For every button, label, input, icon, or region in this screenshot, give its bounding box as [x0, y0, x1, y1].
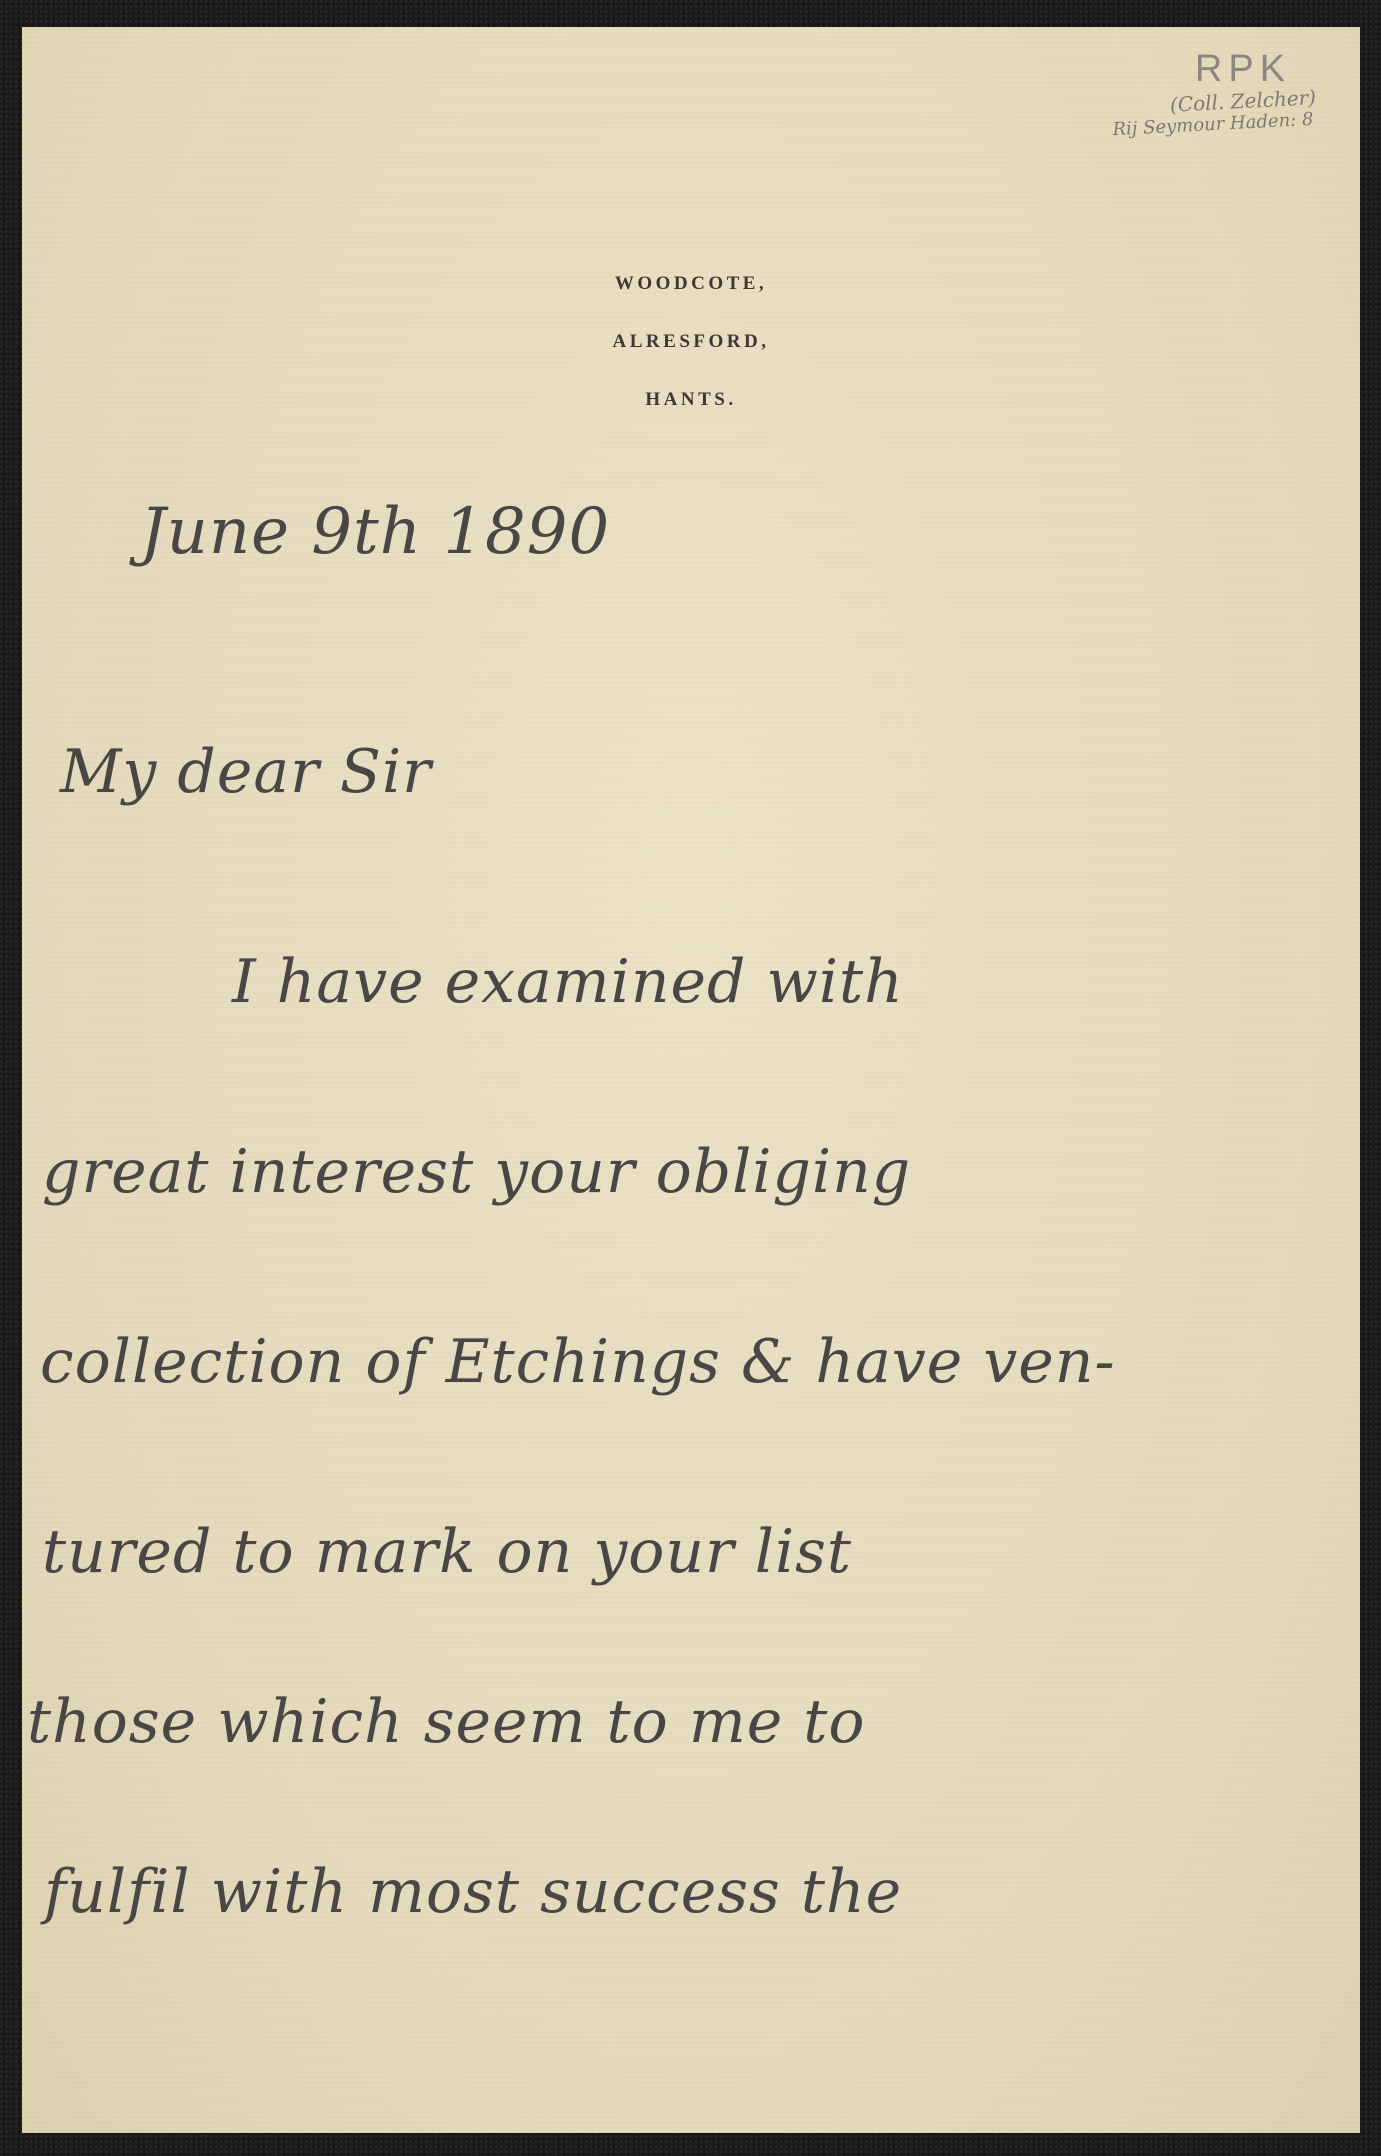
archive-note-reference: Rij Seymour Haden: 8 — [1088, 106, 1339, 143]
letterhead-county: HANTS. — [22, 371, 1360, 429]
body-line: fulfil with most success the — [44, 1857, 902, 1927]
archive-code: RPK — [1148, 49, 1338, 89]
body-line: collection of Etchings & have ven- — [40, 1327, 1116, 1397]
archive-stamp: RPK (Coll. Zelcher) Rij Seymour Haden: 8 — [1118, 49, 1338, 137]
body-line: great interest your obliging — [42, 1137, 911, 1207]
body-line: tured to mark on your list — [42, 1517, 852, 1587]
letterhead-house: WOODCOTE, — [22, 255, 1360, 313]
letterhead-town: ALRESFORD, — [22, 313, 1360, 371]
letter-salutation: My dear Sir — [60, 737, 432, 807]
letterhead: WOODCOTE, ALRESFORD, HANTS. — [22, 255, 1360, 429]
letter-date: June 9th 1890 — [140, 497, 610, 567]
letter-page: RPK (Coll. Zelcher) Rij Seymour Haden: 8… — [22, 27, 1360, 2133]
body-line: those which seem to me to — [27, 1687, 866, 1757]
body-line: I have examined with — [232, 947, 904, 1017]
